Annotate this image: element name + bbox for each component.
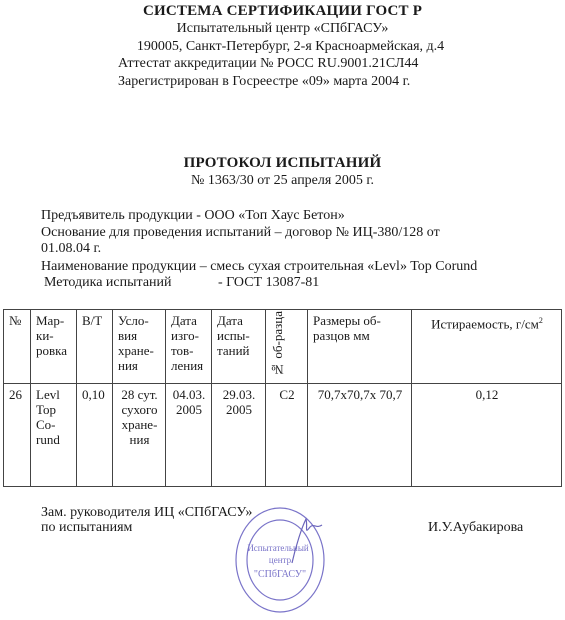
stamp-text-1: Испытательный [247, 543, 309, 553]
test-center-name: Испытательный центр «СПбГАСУ» [0, 21, 565, 37]
table-row: 26 Levl Top Co-rund 0,10 28 сут. сухого … [4, 384, 562, 487]
basis-line: Основание для проведения испытаний – дог… [41, 225, 440, 241]
col-header-abrasion: Истираемость, г/см [431, 316, 539, 331]
cell-made-date: 04.03. 2005 [166, 384, 212, 487]
unit-exponent: 2 [539, 316, 543, 325]
product-line: Наименование продукции – смесь сухая стр… [41, 259, 477, 275]
col-header-sample: № об-разца [271, 311, 285, 377]
test-center-address: 190005, Санкт-Петербург, 2-я Красноармей… [0, 39, 565, 55]
col-header-number: № [4, 310, 31, 384]
signatory-position-2: по испытаниям [41, 520, 132, 536]
method-label: Методика испытаний [44, 275, 172, 291]
cell-wt: 0,10 [77, 384, 113, 487]
cell-test-date: 29.03. 2005 [212, 384, 266, 487]
signatory-position: Зам. руководителя ИЦ «СПбГАСУ» [41, 505, 252, 521]
protocol-title: ПРОТОКОЛ ИСПЫТАНИЙ [0, 155, 565, 172]
col-header-sample-cell: № об-разца [266, 310, 308, 384]
accreditation-line: Аттестат аккредитации № РОСС RU.9001.21С… [118, 56, 418, 72]
col-header-made-date: Дата изго-тов-ления [166, 310, 212, 384]
col-header-storage: Усло-вия хране-ния [113, 310, 166, 384]
registration-line: Зарегистрирован в Госреестре «09» марта … [118, 74, 410, 90]
method-value: - ГОСТ 13087-81 [218, 275, 319, 291]
col-header-wt: В/Т [77, 310, 113, 384]
col-header-abrasion-cell: Истираемость, г/см2 [412, 310, 562, 384]
col-header-test-date: Дата испы-таний [212, 310, 266, 384]
applicant-line: Предъявитель продукции - ООО «Топ Хаус Б… [41, 208, 345, 224]
cell-sample: С2 [266, 384, 308, 487]
official-stamp-icon: Испытательный центр "СПбГАСУ" [234, 505, 326, 615]
cell-storage: 28 сут. сухого хране-ния [113, 384, 166, 487]
cell-marking: Levl Top Co-rund [31, 384, 77, 487]
table-header-row: № Мар-ки-ровка В/Т Усло-вия хране-ния Да… [4, 310, 562, 384]
protocol-number: № 1363/30 от 25 апреля 2005 г. [0, 173, 565, 189]
stamp-text-3: "СПбГАСУ" [254, 569, 306, 580]
basis-date-line: 01.08.04 г. [41, 241, 101, 257]
cell-number: 26 [4, 384, 31, 487]
cell-abrasion: 0,12 [412, 384, 562, 487]
col-header-size: Размеры об-разцов мм [308, 310, 412, 384]
certification-system-title: СИСТЕМА СЕРТИФИКАЦИИ ГОСТ Р [0, 3, 565, 20]
test-results-table: № Мар-ки-ровка В/Т Усло-вия хране-ния Да… [3, 309, 562, 487]
signatory-name: И.У.Аубакирова [428, 520, 523, 536]
stamp-text-2: центр [269, 555, 292, 565]
cell-size: 70,7х70,7х 70,7 [308, 384, 412, 487]
col-header-marking: Мар-ки-ровка [31, 310, 77, 384]
